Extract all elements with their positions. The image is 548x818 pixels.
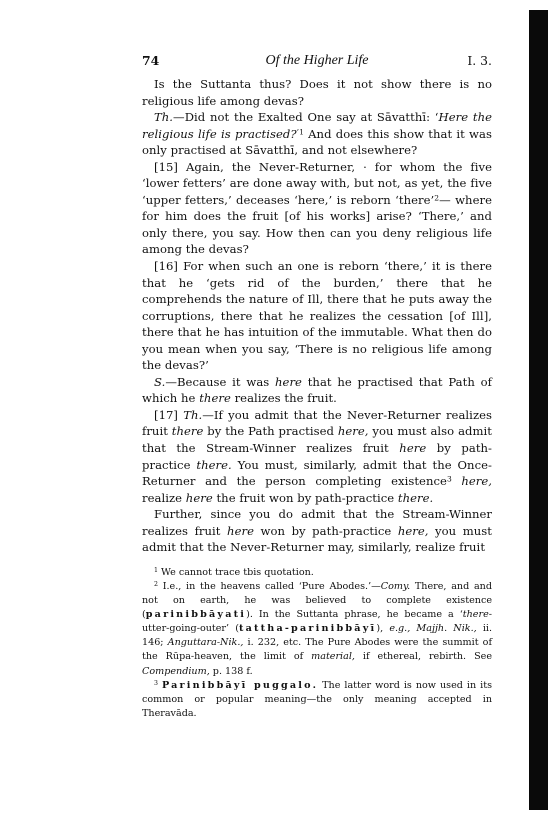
paragraph: [16] For when such an one is reborn ‘the… — [142, 258, 492, 374]
emphasis: here, — [338, 424, 369, 438]
footnote-2: 2 I.e., in the heavens called ‘Pure Abod… — [142, 580, 492, 679]
running-title: Of the Higher Life — [142, 52, 492, 70]
emphasis: there — [172, 424, 204, 438]
book-page: 74 Of the Higher Life I. 3. Is the Sutta… — [142, 52, 492, 721]
pali-term: tattha-parinibbāyī — [239, 623, 376, 634]
text: ), — [376, 623, 389, 634]
paragraph: S.—Because it was here that he practised… — [142, 374, 492, 407]
emphasis: here — [399, 441, 426, 455]
text: We cannot trace tbis quotation. — [158, 567, 314, 578]
pali-term: parinibbāyati — [146, 609, 246, 620]
paragraph: Further, since you do admit that the Str… — [142, 506, 492, 556]
citation: Compendium, — [142, 666, 210, 677]
footnote-3: 3 Parinibbāyī puggalo. The latter word i… — [142, 679, 492, 721]
text: [16] For when such an one is reborn ‘the… — [142, 259, 492, 372]
section-marker: [17] — [154, 408, 183, 422]
body-text: Is the Suttanta thus? Does it not show t… — [142, 76, 492, 556]
paragraph: [15] Again, the Never-Returner, · for wh… — [142, 159, 492, 258]
footnote-ref: ’1 — [297, 127, 304, 136]
text: the fruit won by path-practice — [213, 491, 398, 505]
emphasis: here, — [398, 524, 429, 538]
footnotes: 1 We cannot trace tbis quotation. 2 I.e.… — [142, 566, 492, 721]
text: by the Path practised — [203, 424, 337, 438]
speaker-label: Th. — [154, 110, 173, 124]
emphasis: here — [275, 375, 302, 389]
text: Is the Suttanta thus? Does it not show t… — [142, 77, 492, 108]
footnote-1: 1 We cannot trace tbis quotation. — [142, 566, 492, 580]
text: realize — [142, 491, 186, 505]
paragraph: [17] Th.—If you admit that the Never-Ret… — [142, 407, 492, 506]
text: p. 138 f. — [210, 666, 253, 677]
speaker-label: Th. — [183, 408, 202, 422]
emphasis: there — [199, 391, 231, 405]
text: —Did not the Exalted One say at Sāvatthī… — [173, 110, 439, 124]
emphasis: here — [227, 524, 254, 538]
emphasis: there. — [196, 458, 231, 472]
paragraph: Th.—Did not the Exalted One say at Sāvat… — [142, 109, 492, 159]
emphasis: here — [186, 491, 213, 505]
text: if ethereal, rebirth. See — [355, 651, 492, 662]
emphasis: there. — [398, 491, 433, 505]
footnote-mark: 3 — [154, 680, 158, 687]
text: I.e., in the heavens called ‘Pure Abodes… — [158, 581, 381, 592]
emphasis: here, — [452, 474, 492, 488]
text: —Because it was — [165, 375, 275, 389]
text: realizes the fruit. — [231, 391, 337, 405]
text: won by path-practice — [254, 524, 398, 538]
paragraph: Is the Suttanta thus? Does it not show t… — [142, 76, 492, 109]
emphasis: Comy. — [381, 581, 410, 592]
running-head: 74 Of the Higher Life I. 3. — [142, 52, 492, 70]
scan-dark-edge — [529, 10, 548, 810]
citation: Anguttara-Nik., — [168, 637, 244, 648]
text: ). In the Suttanta phrase, he became a ‘ — [246, 609, 463, 620]
speaker-label: S. — [154, 375, 165, 389]
pali-term: Parinibbāyī puggalo. — [162, 680, 318, 691]
emphasis: there — [463, 609, 489, 620]
section-number: I. 3. — [467, 52, 492, 70]
emphasis: material, — [311, 651, 355, 662]
citation: e.g., Majjh. Nik., — [389, 623, 476, 634]
